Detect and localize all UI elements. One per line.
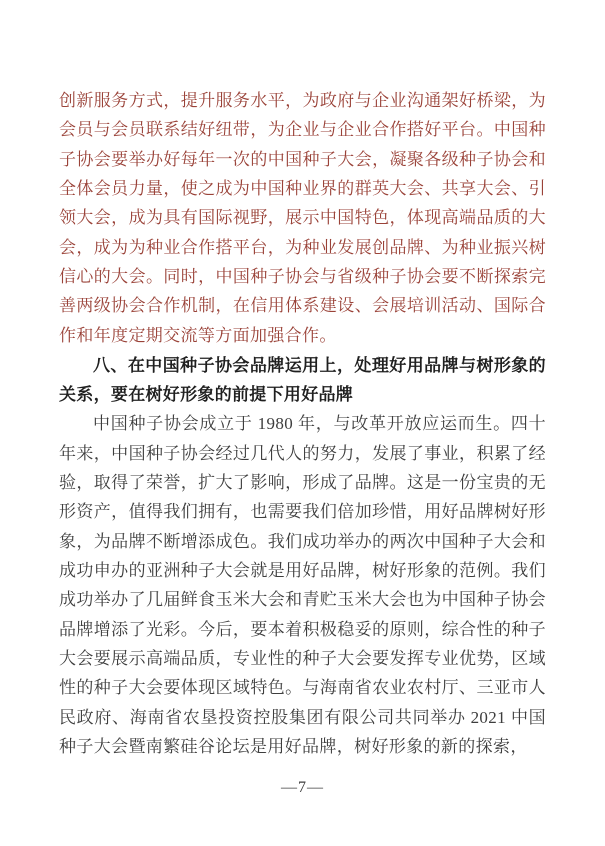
page-content: 创新服务方式，提升服务水平，为政府与企业沟通架好桥梁，为会员与会员联系结好纽带，… <box>59 86 546 761</box>
page-number: —7— <box>0 779 605 797</box>
continuation-paragraph-red: 创新服务方式，提升服务水平，为政府与企业沟通架好桥梁，为会员与会员联系结好纽带，… <box>59 86 546 350</box>
body-paragraph: 中国种子协会成立于 1980 年，与改革开放应运而生。四十年来，中国种子协会经过… <box>59 409 546 761</box>
section-heading: 八、在中国种子协会品牌运用上，处理好用品牌与树形象的关系，要在树好形象的前提下用… <box>59 351 546 410</box>
document-page: 创新服务方式，提升服务水平，为政府与企业沟通架好桥梁，为会员与会员联系结好纽带，… <box>0 0 605 846</box>
